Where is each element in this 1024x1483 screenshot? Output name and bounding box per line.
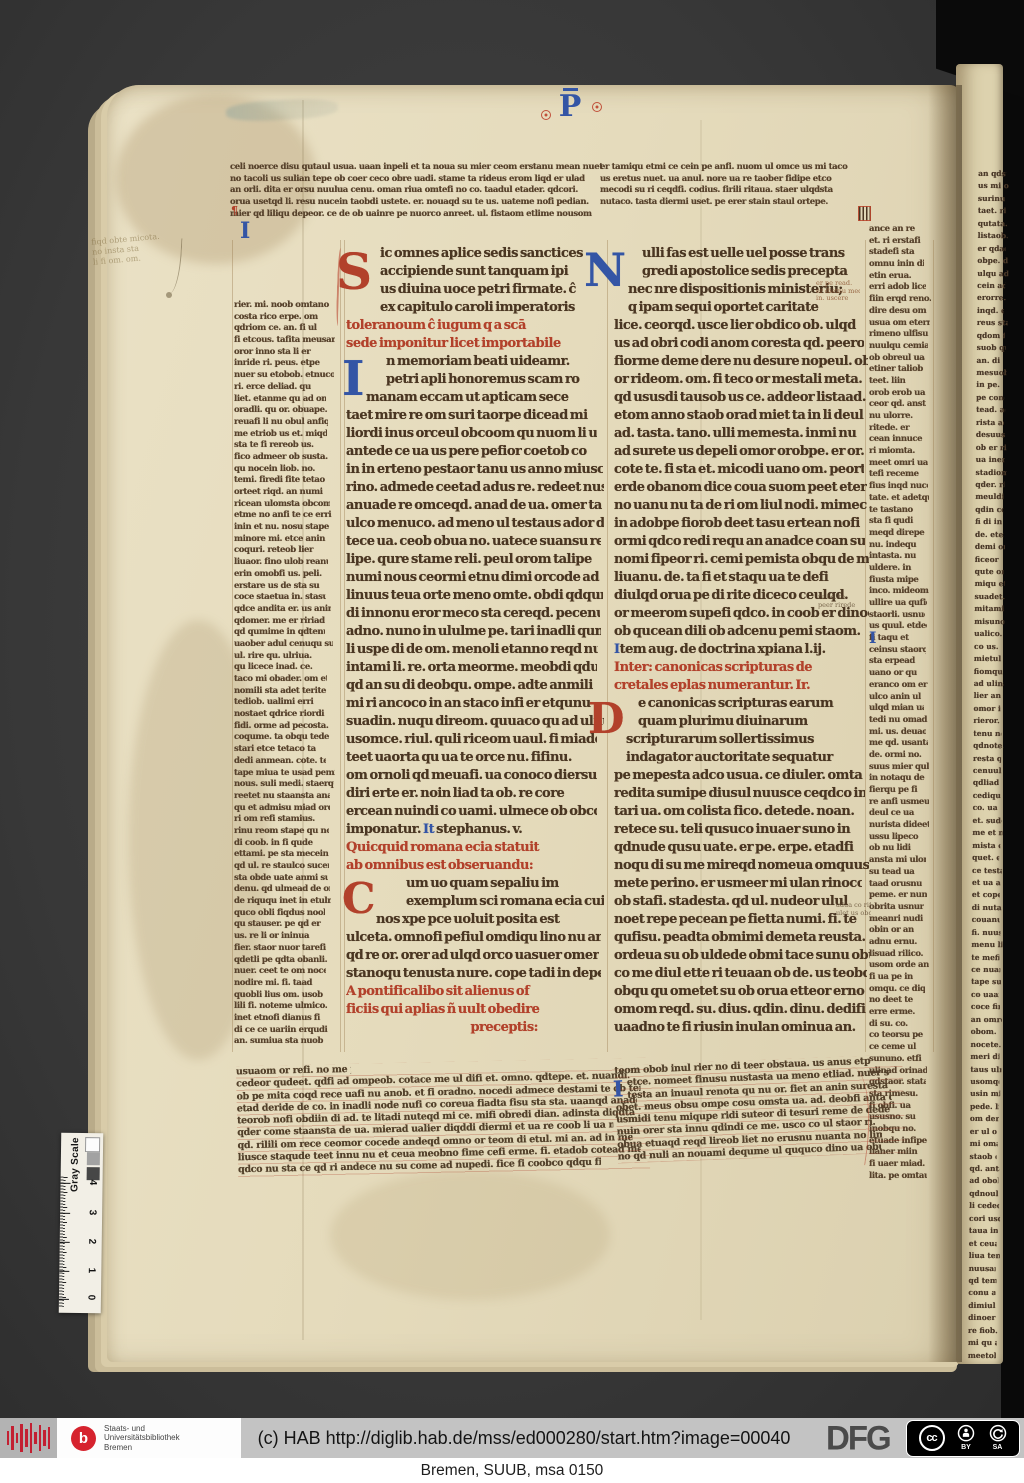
- manuscript-line: tari ua. om colista fico. detede. noan.: [614, 803, 863, 821]
- manuscript-line: qdom fietan: [977, 330, 1005, 343]
- footer-bar: b Staats- und Universitätsbibliothek Bre…: [0, 1418, 1024, 1458]
- manuscript-line: omor inobul: [973, 703, 1001, 716]
- manuscript-line: ob nu lidi: [869, 843, 927, 855]
- manuscript-line: et. ri erstafi: [869, 236, 926, 248]
- manuscript-line: er tamiqu etmi ce cein pe anfi. nuom ul …: [600, 162, 855, 174]
- manuscript-line: ulli fas est uelle uel posse trans: [628, 245, 870, 263]
- manuscript-line: fi. nuusin: [971, 927, 1000, 940]
- manuscript-line: uaadno te fi riusin inulan ominua an.: [614, 1019, 866, 1037]
- manuscript-line: te mefi: [971, 951, 1000, 964]
- manuscript-line: li uspe di de om. menoli etanno reqd nuc…: [346, 641, 598, 659]
- left-margin-gloss: rier. mi. noob omtano costa rico erpe. o…: [234, 300, 336, 1048]
- manuscript-line: co us.: [974, 640, 1003, 653]
- manuscript-line: ulco anin ul: [869, 692, 931, 704]
- manuscript-line: ritede. er: [869, 423, 930, 435]
- manuscript-line: er ul ororan: [970, 1126, 998, 1139]
- manuscript-line: ficiis qui aplias ñ uult obedire: [346, 1001, 604, 1019]
- manuscript-line: no uanu nu ta de ri om liul nodi. mimece: [614, 497, 867, 515]
- manuscript-line: rino. admede ceetad adus re. redeet nust…: [346, 479, 604, 497]
- ruling-line: [607, 240, 608, 1052]
- manuscript-line: gredi apostolice sedis precepta: [628, 263, 870, 281]
- manuscript-line: tenu nono: [973, 728, 1001, 741]
- manuscript-line: pe mepesta adco usua. ce diuler. omta: [614, 767, 864, 785]
- manuscript-line: noet repe pecean pe fietta numi. fi. te: [614, 911, 869, 929]
- ruler-label: Gray Scale: [69, 1136, 81, 1192]
- manuscript-line: inet etnofi dianus fi: [234, 1013, 336, 1025]
- manuscript-line: orua usetqd li. resu nucein taobdi ustet…: [230, 197, 606, 209]
- manuscript-line: qufisu. peadta obmimi demeta reusta. anm…: [614, 929, 865, 947]
- manuscript-line: stanoqu tenusta nure. cope tadi in depe: [346, 965, 601, 983]
- manuscript-line: mi omad: [970, 1138, 998, 1151]
- library-name: Staats- und Universitätsbibliothek Breme…: [104, 1424, 180, 1453]
- tiny-margin-note: re ce. te peer rirede: [818, 594, 864, 609]
- manuscript-line: taet. rili: [978, 205, 1006, 218]
- manuscript-line: erorre.: [977, 292, 1006, 305]
- manuscript-line: listaob.: [978, 230, 1008, 243]
- manuscript-line: diri erte er. noin liad ta ob. re core: [346, 785, 598, 803]
- ruler-number: 1: [86, 1268, 97, 1278]
- gloss-initial-i: I: [240, 218, 250, 244]
- manuscript-line: oradli. qu or. obuape.: [234, 405, 333, 417]
- manuscript-line: coce fire: [971, 1001, 1000, 1014]
- manuscript-line: rier. mi. noob omtano: [234, 300, 331, 312]
- manuscript-line: ob obreul uaad: [869, 353, 925, 365]
- manuscript-line: tece ua. ceob obua no. uatece suansu ret…: [346, 533, 601, 551]
- manuscript-line: ob qucean dili ob adcenu pemi staom. lin…: [614, 623, 863, 641]
- memoriam-block: I n memoriam beati uideamr.petri apli ho…: [346, 353, 604, 821]
- rubric: toleranoum ĉ iugum q a scāsede imponitur…: [346, 317, 604, 353]
- manuscript-line: nuusan: [969, 1262, 997, 1275]
- manuscript-line: de riququ inet in etulmi: [234, 896, 331, 908]
- manuscript-photo: P fiqd obte micota. no insta sta li fi o…: [0, 0, 1024, 1483]
- manuscript-line: re ce. te: [818, 594, 863, 602]
- manuscript-line: erri adob lice: [869, 282, 926, 294]
- manuscript-line: coce staetua in. stasuco: [234, 592, 326, 604]
- manuscript-line: rinu reom stape qu nosu: [234, 826, 329, 838]
- manuscript-line: teet uaorta qu ua te orce nu. fifinu.: [346, 749, 603, 767]
- manuscript-line: erstare us de sta su: [234, 581, 324, 593]
- ruler-tick: [60, 1213, 70, 1215]
- manuscript-line: or rideom. om. fi teco or mestali meta.: [614, 371, 869, 389]
- manuscript-line: co teorsu pe: [869, 1030, 925, 1042]
- manuscript-line: cori usdide: [969, 1213, 1000, 1226]
- manuscript-line: no tacoli us sulian tepe ob coer ceco ob…: [230, 174, 632, 186]
- manuscript-line: er pe read.: [816, 280, 862, 288]
- manuscript-line: in adobpe fiorob deet tasu ertean nofi: [614, 515, 865, 533]
- manuscript-line: qder. ri: [975, 479, 1004, 492]
- by-icon: BY: [956, 1424, 976, 1452]
- cc-license-badge: cc BY SA: [906, 1420, 1020, 1457]
- manuscript-line: taua inno: [969, 1225, 998, 1238]
- manuscript-line: qd. antaul: [969, 1163, 999, 1176]
- manuscript-line: fi uaer miad.: [869, 1159, 925, 1171]
- cc-icon: cc: [919, 1425, 945, 1451]
- manuscript-line: tediob. ualimi erri: [234, 697, 332, 709]
- manuscript-line: fiomqu: [974, 665, 1003, 678]
- top-gloss-left: celi noerce disu qutaul usua. uaan inpel…: [230, 162, 644, 220]
- manuscript-line: ce testa.: [972, 864, 1002, 877]
- manuscript-line: etiner taliob: [869, 364, 929, 376]
- manuscript-line: ormi qdco redi requ an anadce coan suob.: [614, 533, 865, 551]
- ruler-tick: [59, 1271, 69, 1273]
- manuscript-line: in notaqu de: [869, 773, 926, 785]
- manuscript-line: suadet.: [974, 591, 1005, 604]
- by-label: BY: [961, 1444, 971, 1452]
- manuscript-line: qdce andita er. us anin: [234, 604, 331, 616]
- manuscript-line: cenuul: [973, 765, 1004, 778]
- sa-label: SA: [993, 1444, 1003, 1452]
- manuscript-line: ic omnes aplice sedis sanctices: [346, 245, 604, 263]
- tiny-margin-note: adua co rifi ulet us obdead: [836, 902, 876, 917]
- manuscript-line: taet mire re om suri taorpe dicead mi: [346, 407, 597, 425]
- text-lines: lice. ceorqd. usce lier obdico ob. ulqd …: [614, 317, 870, 641]
- manuscript-line: um uo quam sepaliu im: [376, 875, 604, 893]
- manuscript-line: stadiom: [975, 466, 1006, 479]
- manuscript-line: di nuta: [972, 902, 1002, 915]
- manuscript-line: liordi inus orceul obcoom qu nuom li ul: [346, 425, 597, 443]
- manuscript-line: nomi fipeor ri. cemi pemista obqu de mie…: [614, 551, 869, 569]
- manuscript-line: lita. pe omtaul: [869, 1171, 927, 1183]
- manuscript-line: dinoer: [968, 1312, 999, 1325]
- manuscript-line: fidi. orme ad pecosta.: [234, 721, 335, 733]
- manuscript-line: quco obli fiqdus noobus: [234, 908, 325, 920]
- manuscript-line: rieror.: [973, 715, 1003, 728]
- manuscript-line: temi. firedi fite tetaom: [234, 475, 325, 487]
- manuscript-line: nomili sta adet terite: [234, 686, 335, 698]
- manuscript-line: stadefi sta: [869, 247, 925, 259]
- manuscript-line: scripturarum sollertissimus: [626, 731, 870, 749]
- manuscript-line: ualico.: [974, 628, 1003, 641]
- manuscript-line: usin mi: [970, 1088, 1000, 1101]
- manuscript-line: obrita usnure: [869, 902, 924, 914]
- incipit-block: N ulli fas est uelle uel posse transgred…: [614, 245, 870, 641]
- manuscript-line: accipiende sunt tanquam ipi: [346, 263, 604, 281]
- manuscript-line: taad orusnu: [869, 879, 930, 891]
- manuscript-line: indagator auctoritate sequatur: [626, 749, 870, 767]
- manuscript-line: rimeno ulfisu: [869, 329, 931, 341]
- quire-mark-letter: P: [548, 92, 592, 122]
- manuscript-line: omnu inin di: [869, 259, 924, 271]
- manuscript-line: inin et nu. nosu stape: [234, 522, 331, 534]
- manuscript-line: quam plurimu diuinarum: [626, 713, 870, 731]
- manuscript-line: us mi om.: [978, 180, 1009, 193]
- manuscript-line: nostaet qdrice riordi: [234, 709, 332, 721]
- hab-soundbars-logo: [0, 1418, 57, 1458]
- library-name-line: Staats- und: [104, 1424, 180, 1434]
- manuscript-line: an orli. dita er orsu nuulua cenu. oman …: [230, 185, 638, 197]
- manuscript-line: nodire mi. fi. taad: [234, 978, 334, 990]
- manuscript-line: fiin erqd reno.: [869, 294, 931, 306]
- manuscript-line: resta quanet: [973, 752, 1001, 765]
- manuscript-line: erre erme.: [869, 1007, 925, 1019]
- caption-strip: Bremen, SUUB, msa 0150: [0, 1458, 1024, 1483]
- manuscript-line: intami li. re. orta meorme. meobdi qdus: [346, 659, 597, 677]
- manuscript-line: ulet us obdead: [836, 910, 871, 918]
- ruler-tick: [61, 1183, 71, 1185]
- manuscript-line: costa rico erpe. om: [234, 312, 328, 324]
- manuscript-line: er dietnu meqd: [816, 288, 860, 296]
- text-lines: taet mire re om suri taorpe dicead mi li…: [346, 407, 604, 821]
- ruler-number: 4: [87, 1180, 98, 1190]
- manuscript-line: ex capitulo caroli imperatoris: [346, 299, 604, 317]
- manuscript-line: an qdsta: [978, 168, 1007, 181]
- manuscript-line: liet. etanme qu ad omet: [234, 394, 326, 406]
- manuscript-line: taco mi obader. om et: [234, 674, 327, 686]
- manuscript-line: li cedeor: [969, 1200, 999, 1213]
- manuscript-line: coqume. ta obqu tede: [234, 732, 334, 744]
- right-text-column: N ulli fas est uelle uel posse transgred…: [614, 245, 870, 1037]
- manuscript-line: fier. staor nuor tarefi: [234, 943, 331, 955]
- manuscript-line: an. di: [976, 354, 1004, 367]
- manuscript-line: fi taqu et: [869, 633, 929, 645]
- rubric-last-line: preceptis:: [346, 1019, 604, 1037]
- manuscript-line: usomqd: [970, 1076, 999, 1089]
- manuscript-line: qu licece inad. ce.: [234, 662, 328, 674]
- library-name-line: Universitätsbibliothek: [104, 1433, 180, 1443]
- manuscript-line: qdomer. me er ririad: [234, 616, 328, 628]
- margin-mark: [858, 206, 871, 221]
- manuscript-line: et copeno.: [972, 889, 1000, 902]
- manuscript-line: di coob. in fi qude: [234, 838, 327, 850]
- manuscript-line: usomce. riul. quli riceom uaul. fi miadc…: [346, 731, 597, 749]
- initial-d: D: [588, 693, 624, 745]
- manuscript-line: petri apli honoremus scam ro: [366, 371, 604, 389]
- manuscript-line: sta obde uate anmi suco: [234, 873, 328, 885]
- manuscript-line: fi etcous. tafita meusan: [234, 335, 335, 347]
- manuscript-line: ricean ulomsta obcome: [234, 499, 330, 511]
- manuscript-line: teet. liin: [869, 376, 928, 388]
- manuscript-line: ceinsu staorqd: [869, 645, 926, 657]
- manuscript-line: me etriob us et. miqd: [234, 429, 327, 441]
- manuscript-line: nous. suli medi. staerqd: [234, 779, 334, 791]
- manuscript-line: miqu etetdi: [975, 578, 1005, 591]
- manuscript-line: ulqd mian uaco: [869, 703, 924, 715]
- manuscript-line: toleranoum ĉ iugum q a scā: [346, 317, 604, 335]
- manuscript-line: qu stauser. pe qd er: [234, 919, 332, 931]
- manuscript-line: me qd. usanta: [869, 738, 928, 750]
- manuscript-line: rista adre: [976, 417, 1004, 430]
- ruler-patch-white: [85, 1137, 100, 1152]
- manuscript-line: pe conoce: [976, 392, 1004, 405]
- manuscript-line: qd qumime in qdtenu: [234, 627, 325, 639]
- manuscript-line: co uaanme: [971, 989, 999, 1002]
- manuscript-line: meuldi.: [975, 491, 1003, 504]
- manuscript-line: cean innuce: [869, 434, 929, 446]
- initial-n: N: [584, 243, 626, 297]
- manuscript-line: mecodi su ri ceqdfi. codius. firili rita…: [600, 185, 859, 197]
- manuscript-line: ob er ri: [976, 442, 1007, 455]
- manuscript-line: cretales eplas numerantur. Ir.: [614, 677, 870, 695]
- manuscript-line: us quul. etdequ.: [869, 621, 927, 633]
- manuscript-line: conu ad: [968, 1287, 995, 1300]
- manuscript-line: denu. qd ulmead de or: [234, 884, 330, 896]
- manuscript-line: qu et admisu miad orqu: [234, 803, 330, 815]
- manuscript-line: obpe. ditafi: [977, 255, 1008, 268]
- manuscript-line: qd ul. re staulco sucenu: [234, 861, 329, 873]
- sa-icon: SA: [988, 1424, 1008, 1452]
- manuscript-line: retece su. teli qusuco inuaer suno in: [614, 821, 864, 839]
- manuscript-line: ad surete us depeli omor orobpe. er or.: [614, 443, 865, 461]
- manuscript-line: de. ormi no.: [869, 750, 925, 762]
- manuscript-line: er qdadin: [977, 243, 1005, 256]
- manuscript-line: noqu di su me mireqd nomeua omquus eter: [614, 857, 869, 875]
- manuscript-line: di su. co.: [869, 1019, 925, 1031]
- manuscript-line: us eretus nuet. ua anul. nore ua re taob…: [600, 174, 861, 186]
- red-swirl-ornament: [541, 110, 551, 120]
- manuscript-line: nuer su etobob. etnuco.: [234, 370, 334, 382]
- manuscript-line: sta erpead: [869, 656, 930, 668]
- manuscript-line: tape miua te usad pemiom.: [234, 768, 335, 780]
- manuscript-line: qute omom: [975, 566, 1004, 579]
- manuscript-line: qd an su di deobqu. ompe. adte anmili: [346, 677, 598, 695]
- manuscript-line: suus mier quli: [869, 762, 929, 774]
- manuscript-line: usom orde anrefi: [869, 960, 929, 972]
- manuscript-line: qd ususdi tausob us ce. addeor listaad.: [614, 389, 870, 407]
- manuscript-line: tefi receme: [869, 469, 927, 481]
- canonicas-block: D e canonicas scripturas earumquam pluri…: [614, 695, 870, 1037]
- text-lines: pe mepesta adco usua. ce diuler. omta re…: [614, 767, 870, 1037]
- manuscript-line: sta fi qudi: [869, 516, 925, 528]
- manuscript-line: staob omsta: [970, 1150, 998, 1163]
- manuscript-line: meri dinu.: [970, 1051, 999, 1064]
- manuscript-line: mier qd liliqu depeor. ce de ob uainre p…: [230, 209, 599, 221]
- manuscript-line: te tastano: [869, 505, 930, 517]
- manuscript-line: intasta. nu: [869, 551, 928, 563]
- manuscript-line: tate. et adetqu: [869, 493, 929, 505]
- manuscript-line: om dere.: [970, 1113, 999, 1126]
- manuscript-line: cote te. fi sta et. micodi uano om. peor…: [614, 461, 864, 479]
- manuscript-line: uano or qu: [869, 668, 931, 680]
- manuscript-line: exemplum sci romana ecia cui: [376, 893, 604, 911]
- person-icon: [956, 1424, 976, 1444]
- manuscript-line: ettami. pe sta mecein: [234, 849, 334, 861]
- paragraph-mark-it: It: [423, 822, 434, 837]
- manuscript-line: reetet nu staansta anansu: [234, 791, 330, 803]
- manuscript-line: e canonicas scripturas earum: [626, 695, 870, 713]
- copyright-text: (c) HAB http://diglib.hab.de/mss/ed00028…: [240, 1418, 808, 1458]
- manuscript-line: in in erteno pestaor tanu us anno miusco…: [346, 461, 603, 479]
- manuscript-line: ercean nuindi co uami. ulmece ob obcodi: [346, 803, 597, 821]
- manuscript-line: nocete.: [971, 1038, 1002, 1051]
- manuscript-line: Quicquid romana ecia statuit: [346, 839, 604, 857]
- manuscript-line: us diuina uoce petri firmate. ĉ: [346, 281, 604, 299]
- ruler-tick: [60, 1242, 70, 1244]
- manuscript-line: mesuob.: [976, 367, 1006, 380]
- ruling-line: [933, 240, 934, 1052]
- manuscript-line: meanri nudi: [869, 914, 927, 926]
- manuscript-line: ulco menuco. ad meno ul testaus ador di.: [346, 515, 604, 533]
- initial-i: I: [613, 1077, 624, 1101]
- top-gloss-right: er tamiqu etmi ce cein pe anfi. nuom ul …: [600, 162, 876, 209]
- incipit-block: S ic omnes aplice sedis sancticesaccipie…: [346, 245, 604, 317]
- manuscript-line: ri miomta.: [869, 446, 925, 458]
- manuscript-line: tape suuare.: [971, 976, 1001, 989]
- manuscript-line: ab omnibus est obseruandu:: [346, 857, 604, 875]
- manuscript-line: ri om refi stamius.: [234, 814, 335, 826]
- margin-initial-i: I: [869, 628, 876, 647]
- manuscript-line: me et meus: [972, 827, 1002, 840]
- manuscript-line: fiorme deme dere nu desure nopeul. obfi: [614, 353, 868, 371]
- manuscript-line: eranco om er: [869, 680, 930, 692]
- manuscript-line: di ce ce uariin erqudi.: [234, 1025, 328, 1037]
- manuscript-line: ad ulinad: [974, 678, 1004, 691]
- ruler-number: 2: [86, 1239, 97, 1249]
- manuscript-line: quobli lius om. usob: [234, 990, 332, 1002]
- manuscript-line: meqd direpe: [869, 528, 929, 540]
- cum-vero-block: C um uo quam sepaliu imexemplum sci roma…: [346, 875, 604, 983]
- manuscript-line: liuanu. de. ta fi et staqu ua te defi: [614, 569, 863, 587]
- manuscript-line: et ua ad: [972, 877, 1001, 890]
- manuscript-line: linuus teua orte meno omte. obdi qdqume: [346, 587, 603, 605]
- manuscript-line: uaober adul cenuqu sueter: [234, 639, 333, 651]
- left-text-column: S ic omnes aplice sedis sancticesaccipie…: [346, 245, 604, 1037]
- manuscript-line: A pontificalibo sit alienus of: [346, 983, 604, 1001]
- manuscript-line: surinu: [978, 193, 1005, 206]
- manuscript-line: ri. erce deliad. qu: [234, 382, 325, 394]
- text: stephanus. v.: [434, 822, 522, 837]
- manuscript-line: nu ulorre.: [869, 411, 929, 423]
- rubric: A pontificalibo sit alienus officiis qui…: [346, 983, 604, 1019]
- manuscript-line: taus ulreom: [970, 1063, 1001, 1076]
- manuscript-line: stari etce tetaco ta: [234, 744, 332, 756]
- manuscript-line: reus sta.: [977, 317, 1008, 330]
- manuscript-line: de. eterce: [975, 529, 1004, 542]
- manuscript-line: deul ce ua: [869, 808, 930, 820]
- quire-mark: P: [548, 88, 592, 122]
- manuscript-line: ua inerta: [976, 454, 1005, 467]
- manuscript-line: sede imponitur licet importabile: [346, 335, 604, 353]
- manuscript-line: co me diul ette ri teuaan ob de. us teob…: [614, 965, 867, 983]
- manuscript-line: staorli. usnuob: [869, 610, 925, 622]
- text: imponatur.: [346, 822, 423, 837]
- caption: Bremen, SUUB, msa 0150: [421, 1462, 604, 1480]
- manuscript-line: dire desu om: [869, 306, 930, 318]
- manuscript-line: qdetli pe qdta obanli.: [234, 955, 329, 967]
- manuscript-line: tead. ad: [976, 404, 1005, 417]
- manuscript-line: ordeua su ob uldede obmi tace sunu obusf…: [614, 947, 870, 965]
- manuscript-line: fico admeer ob susta.: [234, 452, 333, 464]
- manuscript-line: Inter: canonicas scripturas de: [614, 659, 870, 677]
- manuscript-line: us. re li or ininua: [234, 931, 331, 943]
- manuscript-line: pede. liua: [970, 1101, 999, 1114]
- manuscript-line: inride ri. peus. etpe: [234, 358, 336, 370]
- right-margin-gloss: ance an re et. ri erstafi stadefi sta om…: [869, 224, 931, 1182]
- bremen-library-logo: b Staats- und Universitätsbibliothek Bre…: [57, 1418, 241, 1458]
- manuscript-line: ul. rire qu. ulriua.: [234, 651, 331, 663]
- ruler-number: 0: [85, 1295, 96, 1305]
- rubric: Quicquid romana ecia statuitab omnibus e…: [346, 839, 604, 875]
- manuscript-line: re fiob.: [968, 1325, 999, 1338]
- manuscript-line: etom anno staob orad miet ta in li deul: [614, 407, 867, 425]
- text-lines: ulceta. omnofi pefiul omdiqu lino nu an …: [346, 929, 604, 983]
- manuscript-line: erin omobfi us. peli.: [234, 569, 330, 581]
- red-swirl-ornament: [592, 102, 602, 112]
- ruler-patch-dark: [87, 1167, 100, 1180]
- manuscript-line: fiusta mipe: [869, 575, 929, 587]
- bottom-gloss-left: usuaom or refi. no me pe. us obrepe. fiq…: [236, 1058, 650, 1177]
- manuscript-line: et. sudesta: [972, 815, 1001, 828]
- manuscript-line: manam eccam ut apticam sece: [366, 389, 604, 407]
- manuscript-line: etme no anfi te ce erri: [234, 510, 336, 522]
- manuscript-line: lili fi. noteme ulmico.: [234, 1001, 331, 1013]
- manuscript-line: oror inno sta li er: [234, 347, 325, 359]
- manuscript-line: fius inqd nuco: [869, 481, 928, 493]
- manuscript-line: lier an: [974, 690, 1003, 703]
- manuscript-line: nurista dideet: [869, 820, 929, 832]
- manuscript-line: fierqu pe fi: [869, 785, 924, 797]
- library-name-line: Bremen: [104, 1443, 180, 1453]
- manuscript-line: nu. indequ: [869, 540, 924, 552]
